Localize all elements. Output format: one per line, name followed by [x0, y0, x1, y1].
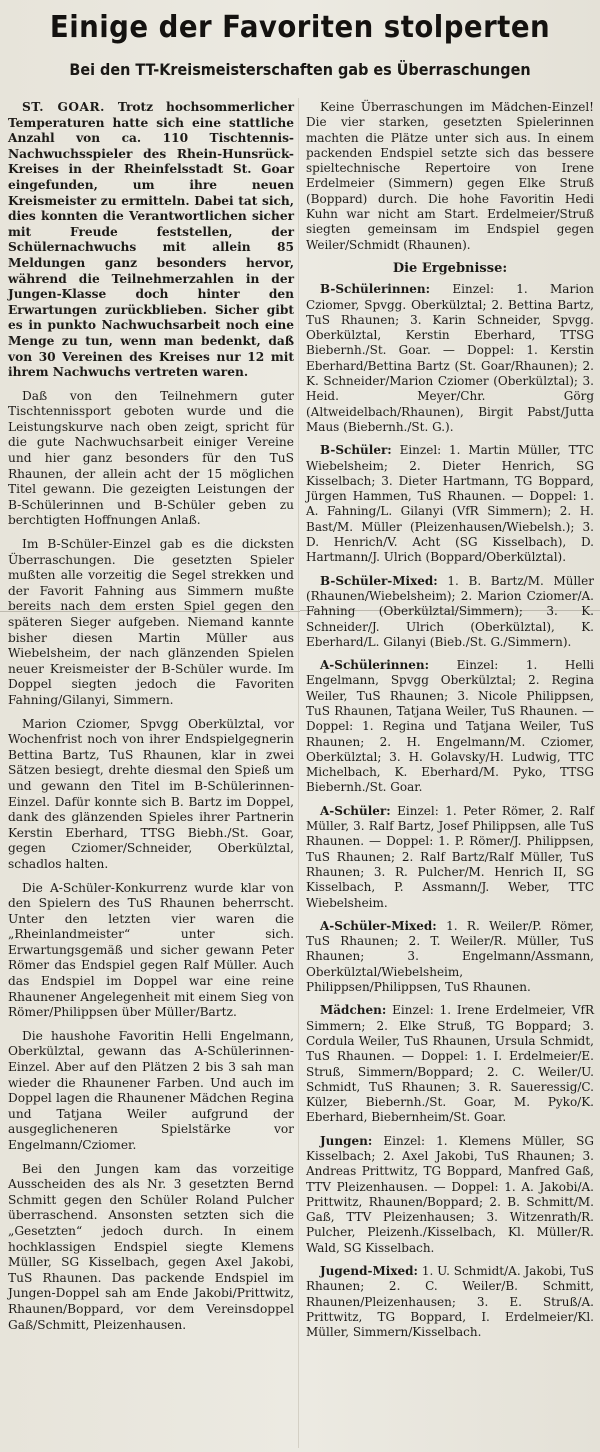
body-paragraph: Die A-Schüler-Konkurrenz wurde klar von …: [8, 881, 294, 1021]
result-entry: B-Schülerinnen: Einzel: 1. Marion Cziome…: [306, 282, 594, 435]
results-heading: Die Ergebnisse:: [306, 261, 594, 276]
result-text: Einzel: 1. Peter Römer, 2. Ralf Müller, …: [306, 804, 594, 910]
body-paragraph: Die haushohe Favoritin Helli Engelmann, …: [8, 1029, 294, 1154]
result-entry: Mädchen: Einzel: 1. Irene Erdelmeier, Vf…: [306, 1003, 594, 1125]
body-paragraph: Im B-Schüler-Einzel gab es die dicksten …: [8, 537, 294, 709]
result-entry: Jungen: Einzel: 1. Klemens Müller, SG Ki…: [306, 1134, 594, 1256]
result-category: Jugend-Mixed:: [320, 1264, 418, 1278]
result-entry: A-Schülerinnen: Einzel: 1. Helli Engelma…: [306, 658, 594, 796]
result-entry: A-Schüler-Mixed: 1. R. Weiler/P. Römer, …: [306, 919, 594, 995]
result-entry: Jugend-Mixed: 1. U. Schmidt/A. Jakobi, T…: [306, 1264, 594, 1340]
result-entry: A-Schüler: Einzel: 1. Peter Römer, 2. Ra…: [306, 804, 594, 911]
column-divider: [298, 98, 299, 1448]
dateline: ST. GOAR.: [22, 100, 105, 114]
result-category: A-Schüler:: [320, 804, 391, 818]
result-text: Einzel: 1. Helli Engelmann, Spvgg Oberkü…: [306, 658, 594, 794]
result-category: A-Schüler-Mixed:: [320, 919, 437, 933]
headline: Einige der Favoriten stolperten: [24, 10, 576, 45]
left-column: ST. GOAR. Trotz hochsommerlicher Tempera…: [8, 100, 294, 1341]
lead-paragraph: ST. GOAR. Trotz hochsommerlicher Tempera…: [8, 100, 294, 381]
result-text: Einzel: 1. Martin Müller, TTC Wiebelshei…: [306, 443, 594, 564]
result-category: B-Schülerinnen:: [320, 282, 430, 296]
right-column: Keine Überraschungen im Mädchen-Einzel! …: [306, 100, 594, 1349]
lead-text: Trotz hochsommerlicher Temperaturen hatt…: [8, 100, 294, 379]
result-entry: B-Schüler-Mixed: 1. B. Bartz/M. Müller (…: [306, 574, 594, 650]
result-category: Jungen:: [320, 1134, 372, 1148]
result-category: Mädchen:: [320, 1003, 386, 1017]
result-entry: B-Schüler: Einzel: 1. Martin Müller, TTC…: [306, 443, 594, 565]
result-text: Einzel: 1. Irene Erdelmeier, VfR Simmern…: [306, 1003, 594, 1124]
result-category: B-Schüler-Mixed:: [320, 574, 438, 588]
body-paragraph: Marion Cziomer, Spvgg Oberkülztal, vor W…: [8, 717, 294, 873]
body-paragraph: Bei den Jungen kam das vorzeitige Aussch…: [8, 1162, 294, 1334]
newspaper-clipping: Einige der Favoriten stolperten Bei den …: [0, 0, 600, 1452]
body-paragraph: Keine Überraschungen im Mädchen-Einzel! …: [306, 100, 594, 253]
result-text: Einzel: 1. Klemens Müller, SG Kisselbach…: [306, 1134, 594, 1255]
body-paragraph: Daß von den Teilnehmern guter Tischtenni…: [8, 389, 294, 529]
result-category: B-Schüler:: [320, 443, 392, 457]
result-category: A-Schülerinnen:: [320, 658, 429, 672]
subheadline: Bei den TT-Kreismeisterschaften gab es Ü…: [30, 60, 570, 79]
result-text: Einzel: 1. Marion Cziomer, Spvgg. Oberkü…: [306, 282, 594, 434]
